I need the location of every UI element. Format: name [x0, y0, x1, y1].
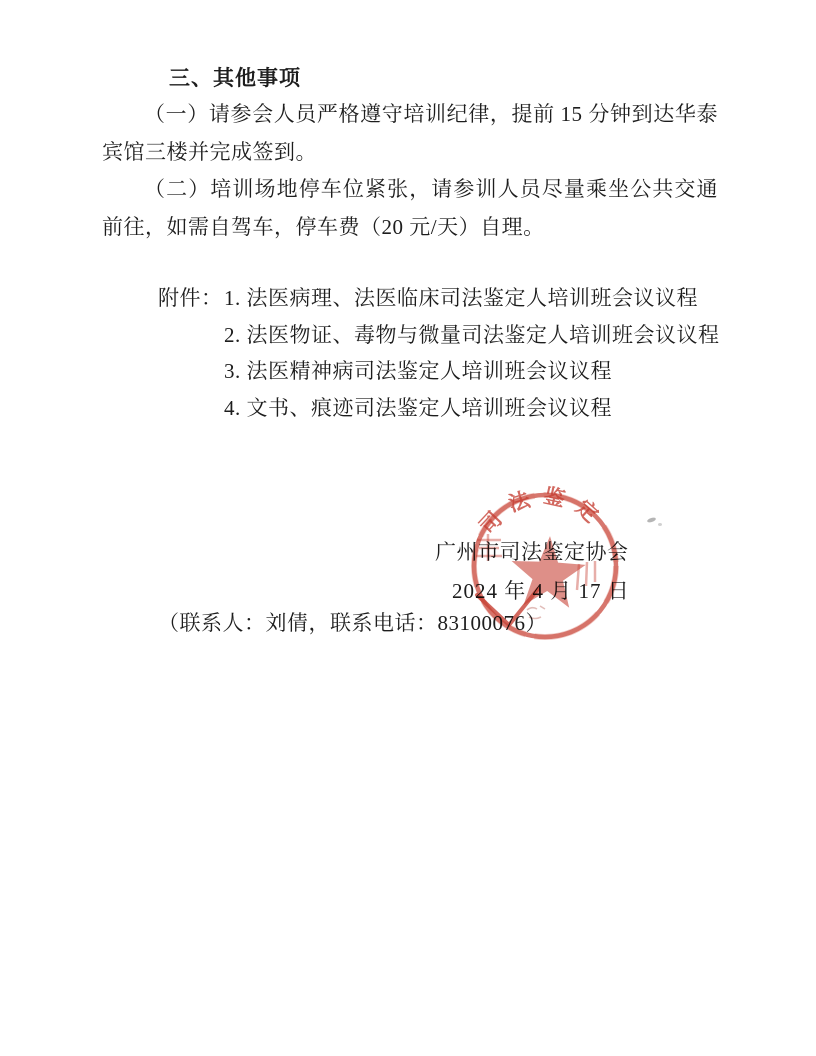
- attachments-list: 1. 法医病理、法医临床司法鉴定人培训班会议议程 2. 法医物证、毒物与微量司法…: [224, 280, 720, 426]
- attachment-item-2: 2. 法医物证、毒物与微量司法鉴定人培训班会议议程: [224, 317, 720, 354]
- document-page: { "document": { "section_heading": "三、其他…: [0, 0, 816, 1056]
- attachments-block: 附件： 1. 法医病理、法医临床司法鉴定人培训班会议议程 2. 法医物证、毒物与…: [158, 280, 720, 426]
- scan-speck-small: [658, 523, 662, 526]
- attachments-label: 附件：: [158, 280, 223, 317]
- paragraph-discipline: （一）请参会人员严格遵守培训纪律，提前 15 分钟到达华泰宾馆三楼并完成签到。: [102, 96, 718, 171]
- seal-arc-text: 司法鉴定: [475, 484, 611, 539]
- paragraph-parking: （二）培训场地停车位紧张，请参训人员尽量乘坐公共交通前往，如需自驾车，停车费（2…: [102, 171, 718, 246]
- scan-speck: [647, 517, 657, 524]
- contact-line: （联系人：刘倩，联系电话：83100076）: [158, 607, 547, 637]
- section-heading: 三、其他事项: [169, 62, 301, 92]
- attachment-item-1: 1. 法医病理、法医临床司法鉴定人培训班会议议程: [224, 280, 720, 317]
- attachment-item-3: 3. 法医精神病司法鉴定人培训班会议议程: [224, 353, 720, 390]
- seal-arc-text-path: 司法鉴定: [475, 484, 611, 539]
- signature-date: 2024 年 4 月 17 日: [452, 575, 630, 605]
- attachment-item-4: 4. 文书、痕迹司法鉴定人培训班会议议程: [224, 390, 720, 427]
- signature-organization: 广州市司法鉴定协会: [435, 536, 629, 566]
